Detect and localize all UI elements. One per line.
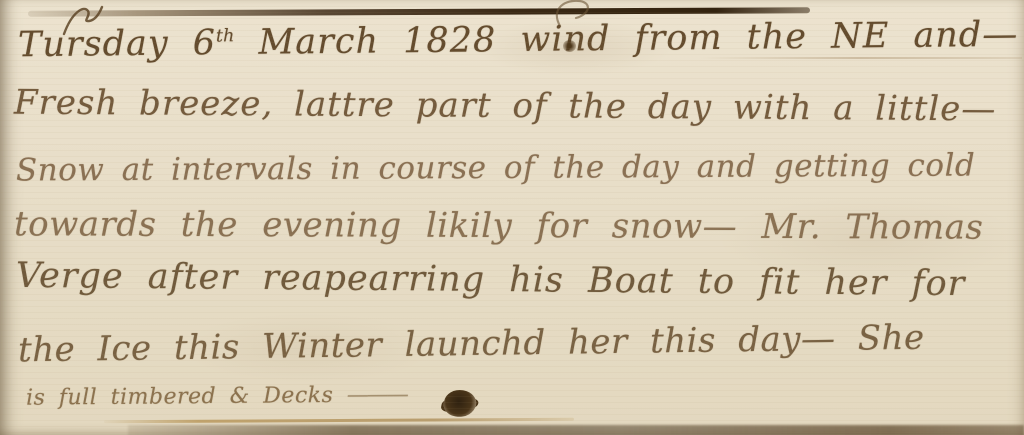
entry-line-6: the Ice this Winter launchd her this day…	[18, 318, 925, 371]
ink-blot	[442, 387, 478, 419]
entry-line-1-ordinal: th	[216, 26, 235, 46]
entry-line-1-date: Tursday 6	[18, 23, 216, 65]
entry-line-2: Fresh breeze, lattre part of the day wit…	[14, 83, 997, 130]
entry-line-1-rest: March 1828 wind from the NE and—	[234, 15, 1018, 63]
bottom-edge-smear	[128, 425, 1024, 435]
entry-line-7: is full timbered & Decks ———	[26, 382, 407, 410]
entry-line-7-ampersand: &	[230, 384, 250, 409]
entry-line-7-dash: ———	[347, 382, 407, 408]
ink-spot	[563, 40, 576, 52]
entry-line-5: Verge after reapearring his Boat to fit …	[16, 256, 966, 304]
entry-line-7-text: is full timbered	[26, 384, 230, 411]
entry-line-3: Snow at intervals in course of the day a…	[16, 147, 975, 188]
manuscript-page: Tursday 6th March 1828 wind from the NE …	[0, 0, 1024, 435]
top-ruled-line	[28, 7, 810, 16]
bottom-underline	[104, 418, 574, 423]
entry-line-4: towards the evening likily for snow— Mr.…	[14, 204, 984, 247]
entry-line-7-decks: Decks	[250, 383, 347, 409]
